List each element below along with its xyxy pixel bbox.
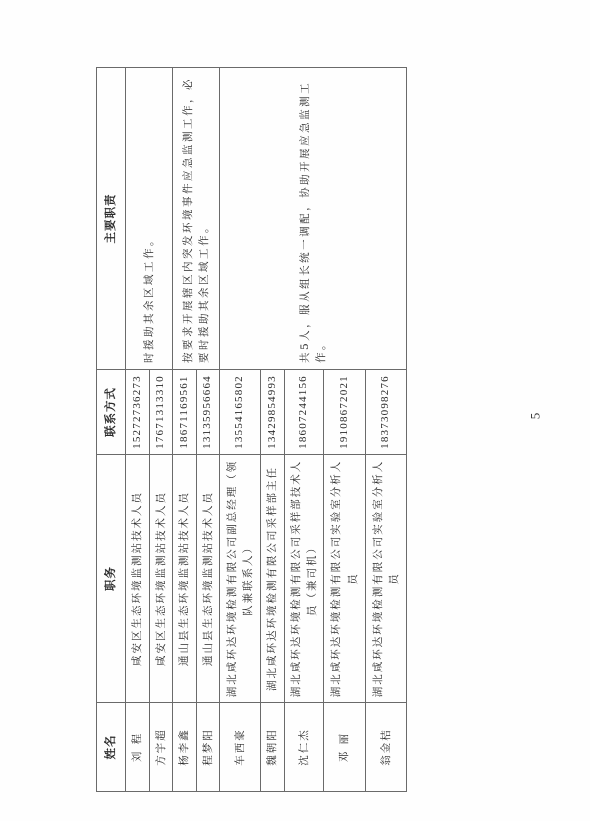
header-duties: 主要职责	[97, 68, 126, 370]
cell-contact: 19108672021	[324, 370, 366, 455]
table-row: 刘 程 咸安区生态环境监测站技术人员 15272736273 时援助其余区域工作…	[126, 68, 150, 792]
rotated-table-container: 姓名 职务 联系方式 主要职责 刘 程 咸安区生态环境监测站技术人员 15272…	[96, 68, 406, 792]
page-number: 5	[527, 413, 543, 420]
cell-position: 湖北咸环达环境检测有限公司副总经理（领队兼联系人）	[220, 455, 261, 703]
document-page: 姓名 职务 联系方式 主要职责 刘 程 咸安区生态环境监测站技术人员 15272…	[0, 0, 590, 821]
cell-name: 沈仁杰	[285, 703, 324, 792]
cell-duties: 按要求开展辖区内突发环境事件应急监测工作，必要时援助其余区域工作。	[173, 68, 220, 370]
cell-position: 湖北咸环达环境检测有限公司实验室分析人员	[324, 455, 366, 703]
cell-position: 通山县生态环境监测站技术人员	[173, 455, 197, 703]
header-contact: 联系方式	[97, 370, 126, 455]
cell-contact: 13429854993	[261, 370, 285, 455]
cell-name: 翁金桔	[366, 703, 407, 792]
cell-contact: 18607244156	[285, 370, 324, 455]
cell-contact: 17671313310	[150, 370, 173, 455]
cell-name: 车西豪	[220, 703, 261, 792]
cell-position: 通山县生态环境监测站技术人员	[197, 455, 220, 703]
cell-position: 湖北咸环达环境检测有限公司采样部主任	[261, 455, 285, 703]
cell-name: 方宇超	[150, 703, 173, 792]
cell-name: 邓 丽	[324, 703, 366, 792]
table-row: 杨李鑫 通山县生态环境监测站技术人员 18671169561 按要求开展辖区内突…	[173, 68, 197, 792]
personnel-table: 姓名 职务 联系方式 主要职责 刘 程 咸安区生态环境监测站技术人员 15272…	[96, 67, 407, 792]
cell-name: 魏朝阳	[261, 703, 285, 792]
cell-position: 咸安区生态环境监测站技术人员	[126, 455, 150, 703]
header-name: 姓名	[97, 703, 126, 792]
table-header-row: 姓名 职务 联系方式 主要职责	[97, 68, 126, 792]
cell-contact: 18671169561	[173, 370, 197, 455]
cell-duties: 共5人，服从组长统一调配，协助开展应急监测工作。	[220, 68, 407, 370]
cell-contact: 13554165802	[220, 370, 261, 455]
cell-contact: 13135956664	[197, 370, 220, 455]
header-position: 职务	[97, 455, 126, 703]
cell-position: 湖北咸环达环境检测有限公司采样部技术人员（兼司机）	[285, 455, 324, 703]
cell-name: 杨李鑫	[173, 703, 197, 792]
cell-position: 湖北咸环达环境检测有限公司实验室分析人员	[366, 455, 407, 703]
cell-position: 咸安区生态环境监测站技术人员	[150, 455, 173, 703]
table-row: 车西豪 湖北咸环达环境检测有限公司副总经理（领队兼联系人） 1355416580…	[220, 68, 261, 792]
cell-contact: 18373098276	[366, 370, 407, 455]
cell-contact: 15272736273	[126, 370, 150, 455]
cell-name: 刘 程	[126, 703, 150, 792]
cell-name: 程梦阳	[197, 703, 220, 792]
cell-duties: 时援助其余区域工作。	[126, 68, 173, 370]
